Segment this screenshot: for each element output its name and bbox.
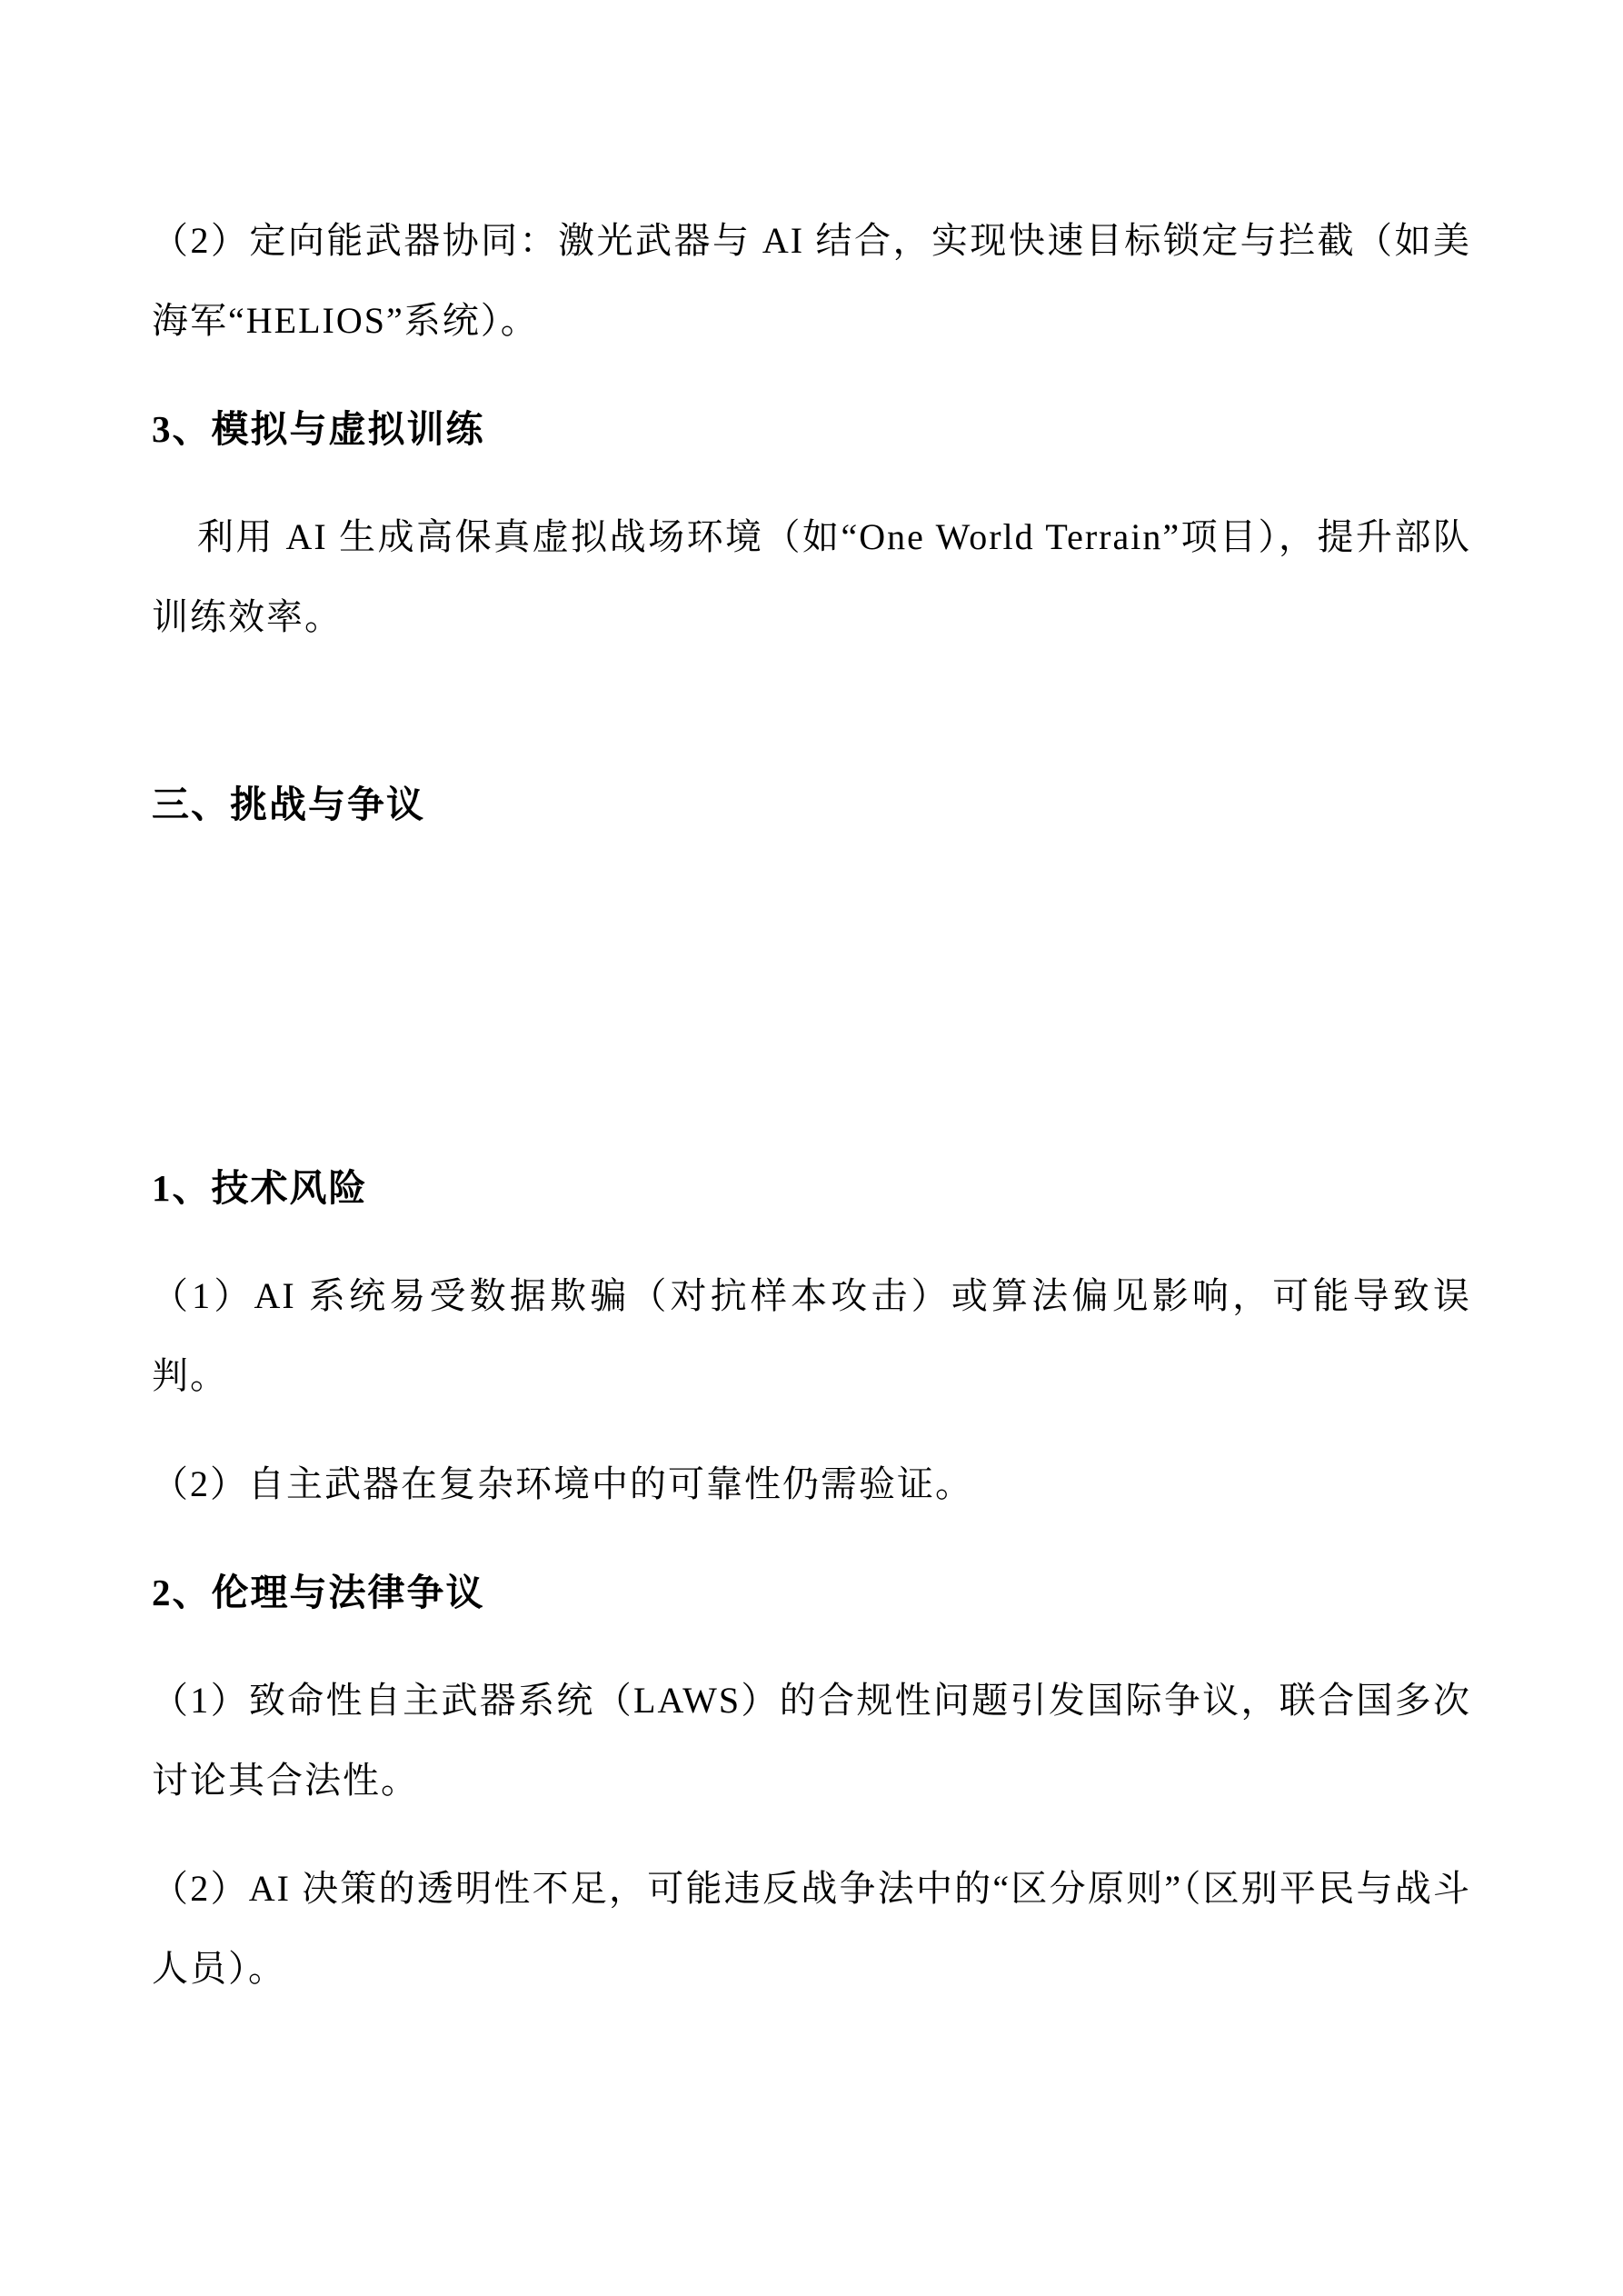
document-page: （2）定向能武器协同：激光武器与 AI 结合，实现快速目标锁定与拦截（如美海军“… (0, 0, 1623, 2296)
paragraph: （1）致命性自主武器系统（LAWS）的合规性问题引发国际争议，联合国多次讨论其合… (152, 1661, 1471, 1821)
section-heading: 2、伦理与法律争议 (152, 1552, 1471, 1632)
paragraph: （2）自主武器在复杂环境中的可靠性仍需验证。 (152, 1444, 1471, 1524)
paragraph: 利用 AI 生成高保真虚拟战场环境（如“One World Terrain”项目… (152, 497, 1471, 657)
section-heading: 三、挑战与争议 (152, 764, 1471, 844)
section-heading: 1、技术风险 (152, 1148, 1471, 1228)
document-body: （2）定向能武器协同：激光武器与 AI 结合，实现快速目标锁定与拦截（如美海军“… (0, 0, 1623, 2009)
section-heading: 3、模拟与虚拟训练 (152, 389, 1471, 469)
paragraph: （2）AI 决策的透明性不足，可能违反战争法中的“区分原则”（区别平民与战斗人员… (152, 1849, 1471, 2009)
paragraph: （1）AI 系统易受数据欺骗（对抗样本攻击）或算法偏见影响，可能导致误判。 (152, 1256, 1471, 1416)
paragraph: （2）定向能武器协同：激光武器与 AI 结合，实现快速目标锁定与拦截（如美海军“… (152, 201, 1471, 361)
